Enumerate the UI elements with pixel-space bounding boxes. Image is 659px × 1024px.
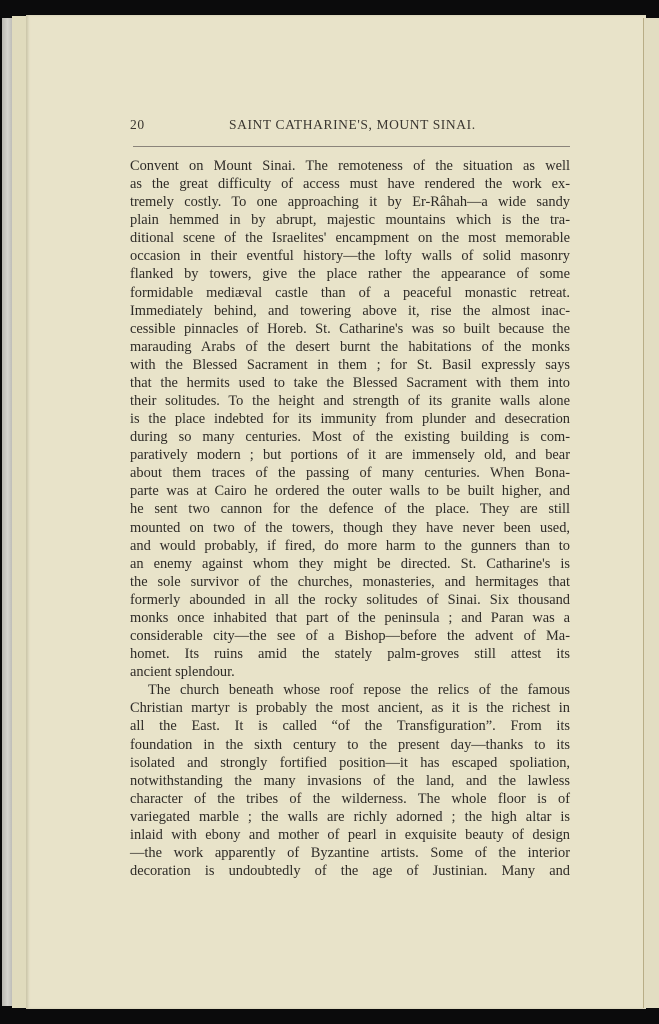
text-line: decoration is undoubtedly of the age of … bbox=[130, 862, 570, 880]
text-line: their solitudes. To the height and stren… bbox=[130, 392, 570, 410]
text-line: all the East. It is called “of the Trans… bbox=[130, 717, 570, 735]
text-line: as the great difficulty of access must h… bbox=[130, 175, 570, 193]
running-title: SAINT CATHARINE'S, MOUNT SINAI. bbox=[229, 117, 476, 133]
text-line: Convent on Mount Sinai. The remoteness o… bbox=[130, 157, 570, 175]
text-line: parte was at Cairo he ordered the outer … bbox=[130, 482, 570, 500]
text-line: variegated marble ; the walls are richly… bbox=[130, 808, 570, 826]
text-line: notwithstanding the many invasions of th… bbox=[130, 772, 570, 790]
text-line: plain hemmed in by abrupt, majestic moun… bbox=[130, 211, 570, 229]
text-line: tremely costly. To one approaching it by… bbox=[130, 193, 570, 211]
text-line: and would probably, if fired, do more ha… bbox=[130, 537, 570, 555]
header-rule bbox=[133, 146, 570, 147]
text-line: marauding Arabs of the desert burnt the … bbox=[130, 338, 570, 356]
text-line: —the work apparently of Byzantine artist… bbox=[130, 844, 570, 862]
text-line: foundation in the sixth century to the p… bbox=[130, 736, 570, 754]
text-line: homet. Its ruins amid the stately palm-g… bbox=[130, 645, 570, 663]
text-line: with the Blessed Sacrament in them ; for… bbox=[130, 356, 570, 374]
text-line: The church beneath whose roof repose the… bbox=[130, 681, 570, 699]
body-text: Convent on Mount Sinai. The remoteness o… bbox=[130, 157, 570, 880]
text-line: Christian martyr is probably the most an… bbox=[130, 699, 570, 717]
running-head: 20 SAINT CATHARINE'S, MOUNT SINAI. bbox=[130, 117, 570, 135]
text-line: monks once inhabited that part of the pe… bbox=[130, 609, 570, 627]
page-number: 20 bbox=[130, 117, 145, 133]
text-line: is the place indebted for its immunity f… bbox=[130, 410, 570, 428]
text-line: about them traces of the passing of many… bbox=[130, 464, 570, 482]
text-line: flanked by towers, give the place rather… bbox=[130, 265, 570, 283]
text-line: formidable mediæval castle than of a pea… bbox=[130, 284, 570, 302]
next-page-edge bbox=[643, 18, 659, 1008]
text-line: an enemy against whom they might be dire… bbox=[130, 555, 570, 573]
text-line: isolated and strongly fortified position… bbox=[130, 754, 570, 772]
text-line: paratively modern ; but portions of it a… bbox=[130, 446, 570, 464]
text-line: considerable city—the see of a Bishop—be… bbox=[130, 627, 570, 645]
text-line: cessible pinnacles of Horeb. St. Cathari… bbox=[130, 320, 570, 338]
text-line: inlaid with ebony and mother of pearl in… bbox=[130, 826, 570, 844]
text-line: the sole survivor of the churches, monas… bbox=[130, 573, 570, 591]
text-line: ditional scene of the Israelites' encamp… bbox=[130, 229, 570, 247]
text-line: mounted on two of the towers, though the… bbox=[130, 519, 570, 537]
text-line: occasion in their eventful history—the l… bbox=[130, 247, 570, 265]
text-line: character of the tribes of the wildernes… bbox=[130, 790, 570, 808]
text-line: ancient splendour. bbox=[130, 663, 570, 681]
text-line: during so many centuries. Most of the ex… bbox=[130, 428, 570, 446]
text-line: formerly abounded in all the rocky solit… bbox=[130, 591, 570, 609]
text-line: that the hermits used to take the Blesse… bbox=[130, 374, 570, 392]
text-line: he sent two cannon for the defence of th… bbox=[130, 500, 570, 518]
text-line: Immediately behind, and towering above i… bbox=[130, 302, 570, 320]
